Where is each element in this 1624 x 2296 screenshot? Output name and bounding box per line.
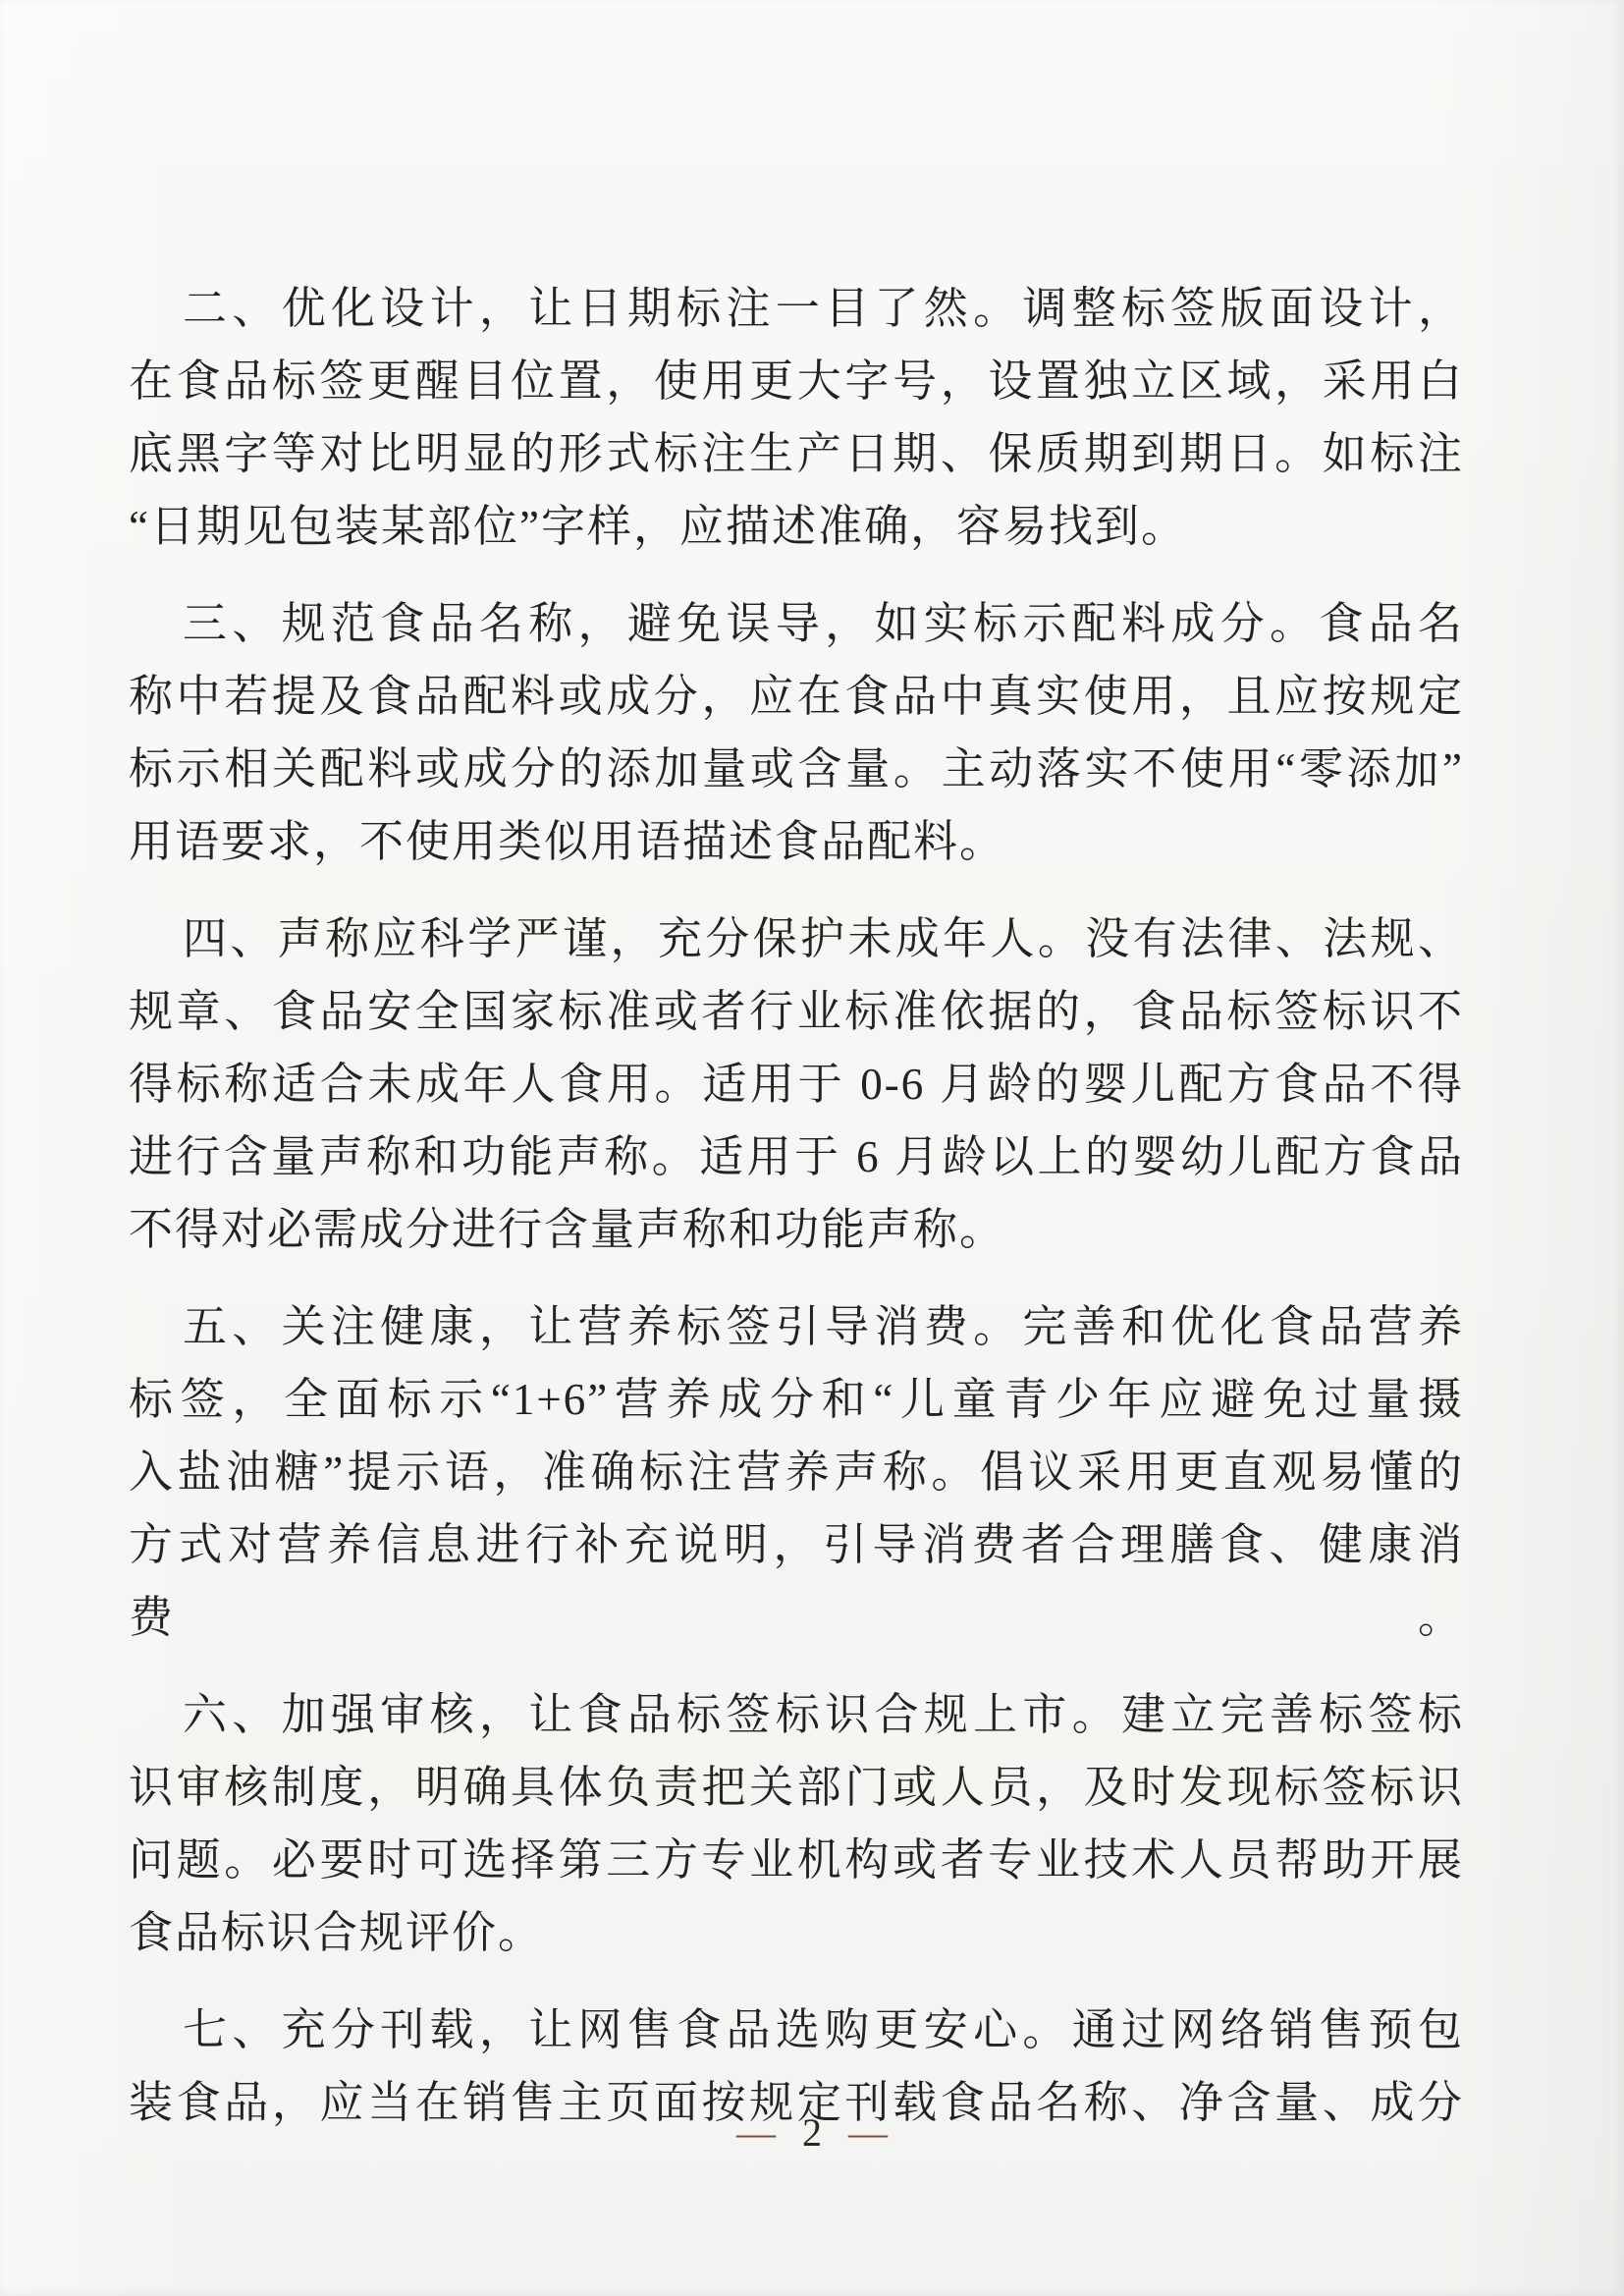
text-line: 进行含量声称和功能声称。适用于 6 月龄以上的婴幼儿配方食品 — [129, 1121, 1464, 1193]
text-line: 标示相关配料或成分的添加量或含量。主动落实不使用“零添加” — [129, 733, 1464, 805]
text-line: 底黑字等对比明显的形式标注生产日期、保质期到期日。如标注 — [129, 417, 1464, 490]
page-footer: — 2 — — [0, 2107, 1624, 2159]
text-line: 识审核制度，明确具体负责把关部门或人员，及时发现标签标识 — [129, 1751, 1464, 1824]
text-line: 不得对必需成分进行含量声称和功能声称。 — [129, 1193, 1464, 1266]
page-number: 2 — [802, 2107, 822, 2159]
document-page: 二、优化设计，让日期标注一目了然。调整标签版面设计， 在食品标签更醒目位置，使用… — [0, 0, 1624, 2296]
paragraph-section-3: 三、规范食品名称，避免误导，如实标示配料成分。食品名 称中若提及食品配料或成分，… — [129, 587, 1464, 878]
text-line: 五、关注健康，让营养标签引导消费。完善和优化食品营养 — [129, 1290, 1464, 1363]
paragraph-section-5: 五、关注健康，让营养标签引导消费。完善和优化食品营养 标签，全面标示“1+6”营… — [129, 1290, 1464, 1654]
text-line: 规章、食品安全国家标准或者行业标准依据的，食品标签标识不 — [129, 975, 1464, 1048]
text-line: 四、声称应科学严谨，充分保护未成年人。没有法律、法规、 — [129, 902, 1464, 975]
text-line: 三、规范食品名称，避免误导，如实标示配料成分。食品名 — [129, 587, 1464, 660]
text-line: 用语要求，不使用类似用语描述食品配料。 — [129, 805, 1464, 878]
page-number-dash-right: — — [848, 2107, 888, 2159]
text-line: 二、优化设计，让日期标注一目了然。调整标签版面设计， — [129, 272, 1464, 345]
text-line: 称中若提及食品配料或成分，应在食品中真实使用，且应按规定 — [129, 660, 1464, 733]
text-line: 入盐油糖”提示语，准确标注营养声称。倡议采用更直观易懂的 — [129, 1436, 1464, 1508]
text-line: 七、充分刊载，让网售食品选购更安心。通过网络销售预包 — [129, 1994, 1464, 2066]
text-line: 食品标识合规评价。 — [129, 1896, 1464, 1969]
text-line: 标签，全面标示“1+6”营养成分和“儿童青少年应避免过量摄 — [129, 1363, 1464, 1436]
paragraph-section-2: 二、优化设计，让日期标注一目了然。调整标签版面设计， 在食品标签更醒目位置，使用… — [129, 272, 1464, 563]
text-line: 得标称适合未成年人食用。适用于 0-6 月龄的婴儿配方食品不得 — [129, 1048, 1464, 1121]
text-line: 问题。必要时可选择第三方专业机构或者专业技术人员帮助开展 — [129, 1824, 1464, 1896]
text-line: “日期见包装某部位”字样，应描述准确，容易找到。 — [129, 490, 1464, 563]
paragraph-section-4: 四、声称应科学严谨，充分保护未成年人。没有法律、法规、 规章、食品安全国家标准或… — [129, 902, 1464, 1266]
document-body: 二、优化设计，让日期标注一目了然。调整标签版面设计， 在食品标签更醒目位置，使用… — [129, 272, 1464, 2139]
text-line: 方式对营养信息进行补充说明，引导消费者合理膳食、健康消费。 — [129, 1508, 1464, 1654]
paragraph-section-6: 六、加强审核，让食品标签标识合规上市。建立完善标签标 识审核制度，明确具体负责把… — [129, 1678, 1464, 1969]
page-number-dash-left: — — [736, 2107, 776, 2159]
text-line: 在食品标签更醒目位置，使用更大字号，设置独立区域，采用白 — [129, 345, 1464, 417]
text-line: 六、加强审核，让食品标签标识合规上市。建立完善标签标 — [129, 1678, 1464, 1751]
